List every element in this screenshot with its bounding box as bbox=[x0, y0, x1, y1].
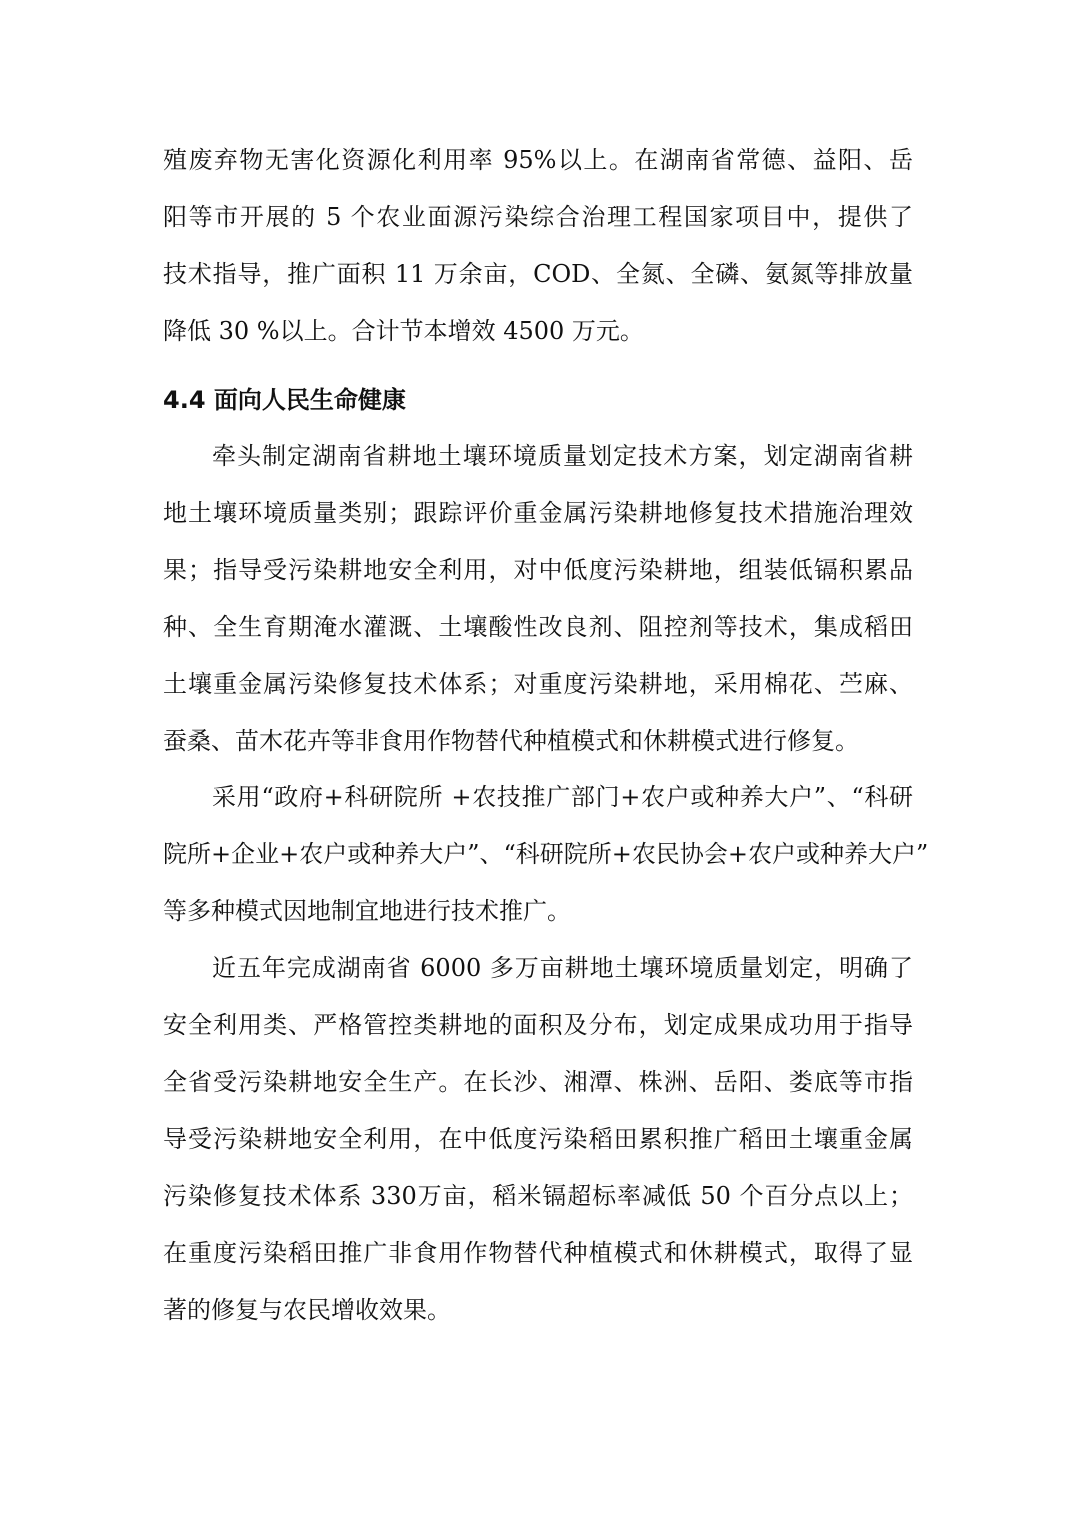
text-line: 院所+企业+农户或种养大户”、“科研院所+农民协会+农户或种养大户” bbox=[163, 834, 913, 874]
text-line: 阳等市开展的 5 个农业面源污染综合治理工程国家项目中，提供了 bbox=[163, 197, 913, 237]
text-line: 采用“政府+科研院所 +农技推广部门+农户或种养大户”、“科研 bbox=[212, 777, 913, 817]
text-line: 著的修复与农民增收效果。 bbox=[163, 1290, 913, 1330]
text-line: 种、全生育期淹水灌溉、土壤酸性改良剂、阻控剂等技术，集成稻田 bbox=[163, 607, 913, 647]
text-line: 近五年完成湖南省 6000 多万亩耕地土壤环境质量划定，明确了 bbox=[212, 948, 913, 988]
text-line: 牵头制定湖南省耕地土壤环境质量划定技术方案，划定湖南省耕 bbox=[212, 436, 913, 476]
text-line: 污染修复技术体系 330万亩，稻米镉超标率减低 50 个百分点以上； bbox=[163, 1176, 913, 1216]
text-line: 土壤重金属污染修复技术体系；对重度污染耕地，采用棉花、苎麻、 bbox=[163, 664, 913, 704]
text-line: 地土壤环境质量类别；跟踪评价重金属污染耕地修复技术措施治理效 bbox=[163, 493, 913, 533]
text-line: 等多种模式因地制宜地进行技术推广。 bbox=[163, 891, 913, 931]
text-line: 全省受污染耕地安全生产。在长沙、湘潭、株洲、岳阳、娄底等市指 bbox=[163, 1062, 913, 1102]
text-line: 蚕桑、苗木花卉等非食用作物替代种植模式和休耕模式进行修复。 bbox=[163, 721, 913, 761]
text-line: 在重度污染稻田推广非食用作物替代种植模式和休耕模式，取得了显 bbox=[163, 1233, 913, 1273]
text-line: 殖废弃物无害化资源化利用率 95%以上。在湖南省常德、益阳、岳 bbox=[163, 140, 913, 180]
text-line: 导受污染耕地安全利用，在中低度污染稻田累积推广稻田土壤重金属 bbox=[163, 1119, 913, 1159]
document-page: 殖废弃物无害化资源化利用率 95%以上。在湖南省常德、益阳、岳 阳等市开展的 5… bbox=[0, 0, 1074, 1520]
text-line: 降低 30 %以上。合计节本增效 4500 万元。 bbox=[163, 311, 913, 351]
section-heading: 4.4 面向人民生命健康 bbox=[163, 380, 406, 420]
text-line: 果；指导受污染耕地安全利用，对中低度污染耕地，组装低镉积累品 bbox=[163, 550, 913, 590]
text-line: 技术指导，推广面积 11 万余亩，COD、全氮、全磷、氨氮等排放量 bbox=[163, 254, 913, 294]
text-line: 安全利用类、严格管控类耕地的面积及分布，划定成果成功用于指导 bbox=[163, 1005, 913, 1045]
